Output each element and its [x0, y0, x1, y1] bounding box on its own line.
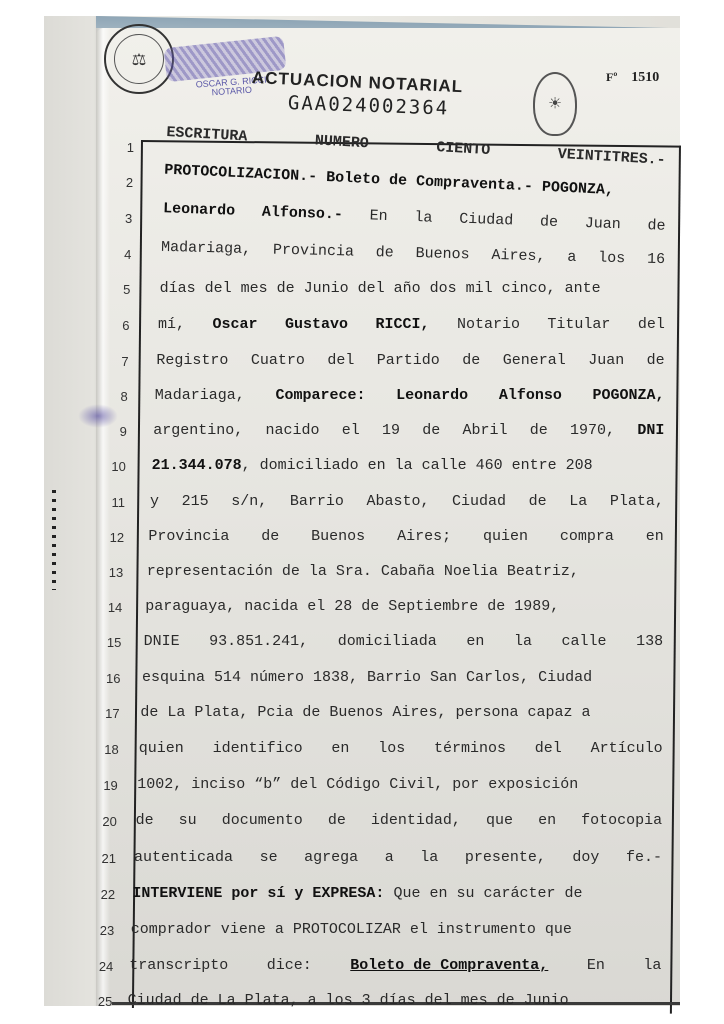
line-number: 9: [101, 424, 127, 439]
document-line: quienidentificoenlostérminosdelArtículo: [139, 740, 663, 757]
folio: Fº1510: [606, 70, 659, 86]
line-number: 10: [100, 459, 126, 474]
perforation-dots: [52, 490, 56, 590]
line-number: 5: [104, 282, 130, 297]
line-number: 1: [108, 140, 134, 155]
line-number: 12: [98, 530, 124, 545]
document-line: autenticadaseagregaalapresente,doyfe.-: [134, 849, 662, 866]
document-line: 21.344.078, domiciliado en la calle 460 …: [152, 457, 665, 474]
document-line: Ciudad de La Plata, a los 3 días del mes…: [128, 992, 662, 1009]
document-line: y215s/n,BarrioAbasto,CiudaddeLaPlata,: [150, 493, 664, 510]
document-line: transcriptodice:Boleto de Compraventa,En…: [129, 957, 661, 974]
line-number: 7: [103, 354, 129, 369]
notary-seal-icon: ⚖: [104, 24, 174, 94]
document-line: 1002, inciso “b” del Código Civil, por e…: [137, 776, 662, 793]
line-number: 3: [106, 211, 132, 226]
document-line: paraguaya, nacida el 28 de Septiembre de…: [145, 598, 663, 615]
document-line: desudocumentodeidentidad,queenfotocopia: [136, 812, 663, 829]
document-line: RegistroCuatrodelPartidodeGeneralJuande: [156, 352, 664, 369]
line-number: 16: [95, 671, 121, 686]
folio-label: Fº: [606, 70, 617, 84]
line-number: 24: [87, 959, 113, 974]
document-line: comprador viene a PROTOCOLIZAR el instru…: [131, 921, 662, 938]
document-line: DNIE93.851.241,domiciliadaenlacalle138: [144, 633, 664, 650]
line-number: 23: [88, 923, 114, 938]
document-line: de La Plata, Pcia de Buenos Aires, perso…: [140, 704, 662, 721]
line-number: 19: [92, 778, 118, 793]
folio-number: 1510: [631, 70, 659, 85]
line-number: 4: [105, 247, 131, 262]
line-number: 17: [94, 706, 120, 721]
document-line: INTERVIENE por sí y EXPRESA: Que en su c…: [132, 885, 661, 902]
coat-of-arms-icon: ☀: [533, 72, 577, 136]
line-number: 13: [97, 565, 123, 580]
line-number: 15: [95, 635, 121, 650]
line-number: 11: [99, 495, 125, 510]
line-number: 22: [89, 887, 115, 902]
document-line: esquina 514 número 1838, Barrio San Carl…: [142, 669, 663, 686]
document-line: representación de la Sra. Cabaña Noelia …: [147, 563, 664, 580]
document-line: ProvinciadeBuenosAires;quiencompraen: [148, 528, 663, 545]
document-line: mí,OscarGustavoRICCI,NotarioTitulardel: [158, 316, 665, 333]
document-line: Madariaga,Comparece:LeonardoAlfonsoPOGON…: [155, 387, 665, 404]
line-number: 6: [104, 318, 130, 333]
document-line: días del mes de Junio del año dos mil ci…: [160, 280, 666, 297]
line-number: 21: [90, 851, 116, 866]
line-number: 14: [96, 600, 122, 615]
line-number: 8: [102, 389, 128, 404]
line-number: 18: [93, 742, 119, 757]
line-number: 25: [86, 994, 112, 1009]
document-line: argentino,nacidoel19deAbrilde1970,DNI: [153, 422, 664, 439]
line-number: 2: [107, 175, 133, 190]
line-number: 20: [91, 814, 117, 829]
